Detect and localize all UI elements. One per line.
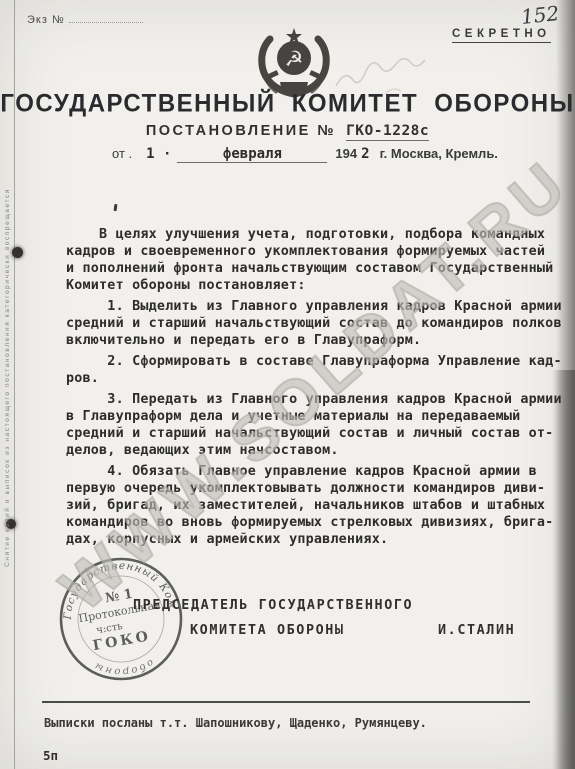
paragraph: 2. Сформировать в составе Главупраформа … — [66, 353, 568, 387]
body-line: зий, бригад, их заместителей, начальнико… — [66, 497, 568, 514]
body-line: 1. Выделить из Главного управления кадро… — [66, 298, 568, 315]
body-line: В целях улучшения учета, подготовки, под… — [66, 226, 568, 243]
decree-title-line: ПОСТАНОВЛЕНИЕ № ГКО-1228с — [0, 123, 575, 139]
archival-mark: 5п — [43, 748, 58, 763]
margin-restriction-note: Снятие копий и выписок из настоящего пос… — [1, 165, 14, 590]
exemplar-number-label: Экз № — [27, 12, 143, 26]
signature-title-line2: КОМИТЕТА ОБОРОНЫ — [190, 623, 345, 638]
signature-name: И.СТАЛИН — [438, 623, 515, 638]
paragraph: 1. Выделить из Главного управления кадро… — [66, 298, 568, 349]
date-month: февраля — [177, 146, 327, 163]
decree-label: ПОСТАНОВЛЕНИЕ № — [146, 123, 336, 139]
footer-divider-line — [42, 701, 530, 703]
body-line: кадров и своевременного укомплектования … — [66, 243, 568, 260]
body-line: 4. Обязать Главное управление кадров Кра… — [66, 463, 568, 480]
ussr-coat-of-arms-icon: ☭ — [248, 28, 340, 98]
date-line: от . 1 · февраля 194 2 г. Москва, Кремль… — [112, 146, 498, 163]
distribution-note: Выписки посланы т.т. Шапошникову, Щаденк… — [44, 716, 427, 730]
date-place: г. Москва, Кремль. — [380, 146, 498, 161]
handwritten-page-number: 152 — [520, 1, 560, 29]
exemplar-label-text: Экз № — [27, 14, 65, 26]
body-line: 3. Передать из Главного управления кадро… — [66, 391, 568, 408]
round-protocol-stamp: Государственный Комитет обороны № 1 Прот… — [34, 532, 208, 706]
svg-text:☭: ☭ — [285, 47, 304, 71]
body-line: в Главупраформ дела и учетные материалы … — [66, 408, 568, 425]
body-line: командиров во вновь формируемых стрелков… — [66, 514, 568, 531]
document-scan-page: Экз № 152 СЕКРЕТНО ☭ ГОСУДАРСТВЕННЫЙ КОМ… — [0, 0, 575, 769]
date-day: 1 · — [146, 146, 171, 162]
date-from-label: от . — [112, 146, 132, 161]
body-line: ров. — [66, 370, 568, 387]
body-line: первую очередь укомплектовывать должност… — [66, 480, 568, 497]
body-line: 2. Сформировать в составе Главупраформа … — [66, 353, 568, 370]
paragraph: В целях улучшения учета, подготовки, под… — [66, 226, 568, 294]
body-line: и пополнений фронта начальствующим соста… — [66, 260, 568, 277]
date-year-digit: 2 — [361, 146, 369, 162]
date-year-prefix: 194 — [335, 146, 357, 161]
body-line: Комитет обороны постановляет: — [66, 277, 568, 294]
paragraph: 4. Обязать Главное управление кадров Кра… — [66, 463, 568, 548]
secrecy-stamp: СЕКРЕТНО — [452, 28, 551, 43]
body-line: включительно и передать его в Главупрафо… — [66, 332, 568, 349]
signature-title-line1: ПРЕДСЕДАТЕЛЬ ГОСУДАРСТВЕННОГО — [133, 598, 413, 613]
decree-body-text: В целях улучшения учета, подготовки, под… — [66, 226, 568, 552]
organization-title: ГОСУДАРСТВЕННЫЙ КОМИТЕТ ОБОРОНЫ — [0, 89, 575, 118]
body-line: делов, ведающих этим начсоставом. — [66, 442, 568, 459]
decree-number: ГКО-1228с — [346, 123, 429, 141]
exemplar-blank-line — [69, 12, 143, 23]
paragraph: 3. Передать из Главного управления кадро… — [66, 391, 568, 459]
body-line: средний и старший начальствующий состав … — [66, 425, 568, 442]
stray-ink-tick — [114, 204, 117, 211]
margin-restriction-text: Снятие копий и выписок из настоящего пос… — [4, 188, 11, 567]
body-line: средний и старший начальствующий состав … — [66, 315, 568, 332]
